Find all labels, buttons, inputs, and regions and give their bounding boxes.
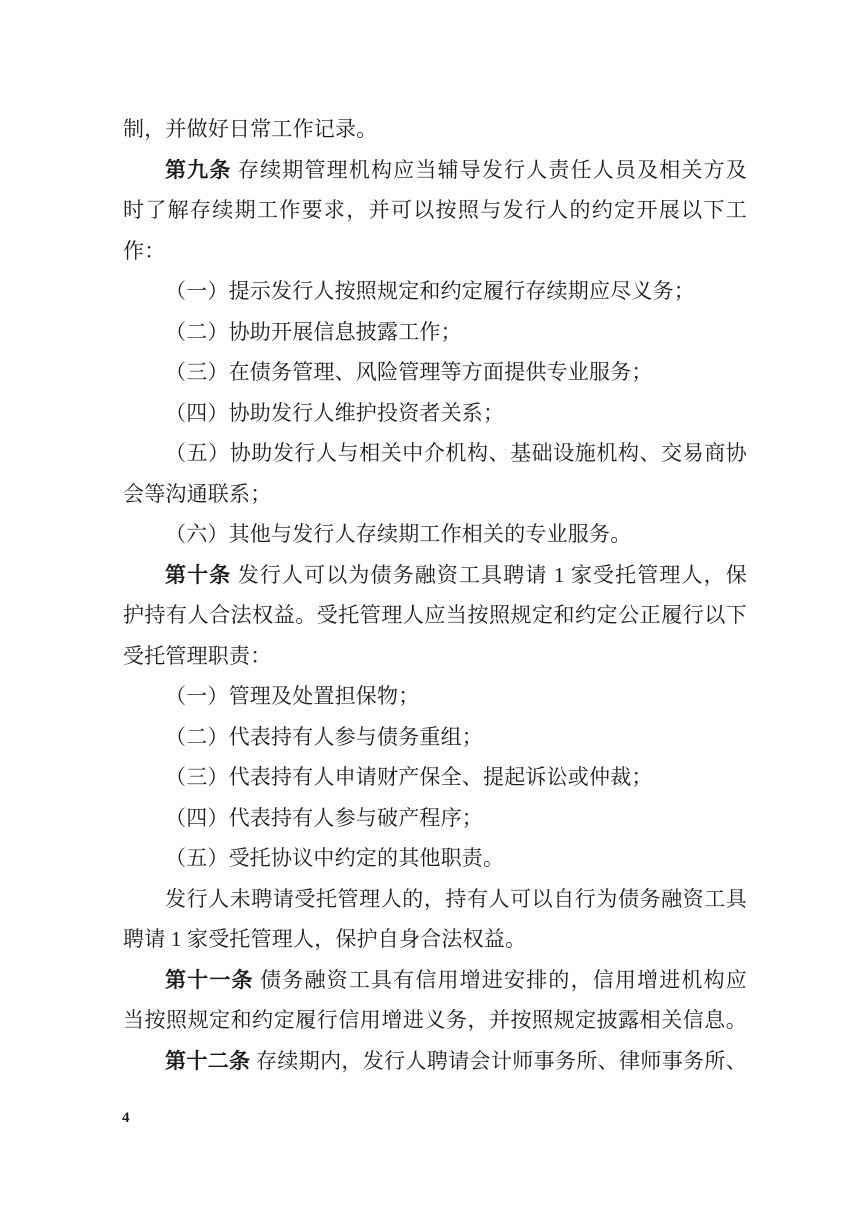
text-segment: 发行人未聘请受托管理人的，持有人可以自行为债务融资工具 bbox=[165, 887, 747, 911]
text-segment: （一）提示发行人按照规定和约定履行存续期应尽义务； bbox=[165, 279, 695, 303]
text-line-4: 作： bbox=[123, 231, 747, 272]
document-body: 制，并做好日常工作记录。第九条 存续期管理机构应当辅导发行人责任人员及相关方及时… bbox=[123, 109, 747, 1081]
article-heading: 第十条 bbox=[165, 563, 231, 587]
text-segment: （三）代表持有人申请财产保全、提起诉讼或仲裁； bbox=[165, 765, 653, 789]
text-line-8: （四）协助发行人维护投资者关系； bbox=[123, 393, 747, 434]
text-segment: 债务融资工具有信用增进安排的，信用增进机构应 bbox=[254, 968, 747, 992]
article-heading: 第十一条 bbox=[165, 968, 254, 992]
text-segment: 时了解存续期工作要求，并可以按照与发行人的约定开展以下工 bbox=[123, 198, 747, 222]
text-line-20: 发行人未聘请受托管理人的，持有人可以自行为债务融资工具 bbox=[123, 879, 747, 920]
text-line-16: （二）代表持有人参与债务重组； bbox=[123, 717, 747, 758]
text-line-19: （五）受托协议中约定的其他职责。 bbox=[123, 838, 747, 879]
text-line-11: （六）其他与发行人存续期工作相关的专业服务。 bbox=[123, 514, 747, 555]
text-line-9: （五）协助发行人与相关中介机构、基础设施机构、交易商协 bbox=[123, 433, 747, 474]
text-segment: （三）在债务管理、风险管理等方面提供专业服务； bbox=[165, 360, 653, 384]
text-line-12: 第十条 发行人可以为债务融资工具聘请 1 家受托管理人，保 bbox=[123, 555, 747, 596]
text-segment: （四）协助发行人维护投资者关系； bbox=[165, 401, 504, 425]
text-segment: （五）协助发行人与相关中介机构、基础设施机构、交易商协 bbox=[165, 441, 747, 465]
text-line-10: 会等沟通联系； bbox=[123, 474, 747, 515]
text-segment: 制，并做好日常工作记录。 bbox=[123, 117, 377, 141]
text-line-1: 制，并做好日常工作记录。 bbox=[123, 109, 747, 150]
article-heading: 第十二条 bbox=[165, 1049, 250, 1073]
text-line-5: （一）提示发行人按照规定和约定履行存续期应尽义务； bbox=[123, 271, 747, 312]
text-segment: 存续期内，发行人聘请会计师事务所、律师事务所、 bbox=[250, 1049, 747, 1073]
text-segment: 当按照规定和约定履行信用增进义务，并按照规定披露相关信息。 bbox=[123, 1008, 747, 1032]
text-line-24: 第十二条 存续期内，发行人聘请会计师事务所、律师事务所、 bbox=[123, 1041, 747, 1082]
text-line-23: 当按照规定和约定履行信用增进义务，并按照规定披露相关信息。 bbox=[123, 1000, 747, 1041]
document-page: 制，并做好日常工作记录。第九条 存续期管理机构应当辅导发行人责任人员及相关方及时… bbox=[0, 0, 860, 1216]
text-segment: （四）代表持有人参与破产程序； bbox=[165, 806, 483, 830]
text-line-13: 护持有人合法权益。受托管理人应当按照规定和约定公正履行以下 bbox=[123, 595, 747, 636]
text-segment: （二）代表持有人参与债务重组； bbox=[165, 725, 483, 749]
text-segment: （六）其他与发行人存续期工作相关的专业服务。 bbox=[165, 522, 631, 546]
text-line-6: （二）协助开展信息披露工作； bbox=[123, 312, 747, 353]
text-line-22: 第十一条 债务融资工具有信用增进安排的，信用增进机构应 bbox=[123, 960, 747, 1001]
text-segment: 发行人可以为债务融资工具聘请 1 家受托管理人，保 bbox=[231, 563, 747, 587]
text-segment: 聘请 1 家受托管理人，保护自身合法权益。 bbox=[123, 927, 526, 951]
text-line-18: （四）代表持有人参与破产程序； bbox=[123, 798, 747, 839]
article-heading: 第九条 bbox=[165, 158, 232, 182]
text-segment: 受托管理职责： bbox=[123, 644, 271, 668]
text-line-21: 聘请 1 家受托管理人，保护自身合法权益。 bbox=[123, 919, 747, 960]
text-segment: 护持有人合法权益。受托管理人应当按照规定和约定公正履行以下 bbox=[123, 603, 747, 627]
text-segment: 会等沟通联系； bbox=[123, 482, 271, 506]
text-segment: 作： bbox=[123, 239, 165, 263]
text-segment: （五）受托协议中约定的其他职责。 bbox=[165, 846, 504, 870]
text-line-17: （三）代表持有人申请财产保全、提起诉讼或仲裁； bbox=[123, 757, 747, 798]
text-line-7: （三）在债务管理、风险管理等方面提供专业服务； bbox=[123, 352, 747, 393]
page-number: 4 bbox=[122, 1108, 130, 1128]
text-line-2: 第九条 存续期管理机构应当辅导发行人责任人员及相关方及 bbox=[123, 150, 747, 191]
text-segment: 存续期管理机构应当辅导发行人责任人员及相关方及 bbox=[232, 158, 747, 182]
text-segment: （二）协助开展信息披露工作； bbox=[165, 320, 462, 344]
text-line-15: （一）管理及处置担保物； bbox=[123, 676, 747, 717]
text-line-14: 受托管理职责： bbox=[123, 636, 747, 677]
text-segment: （一）管理及处置担保物； bbox=[165, 684, 419, 708]
text-line-3: 时了解存续期工作要求，并可以按照与发行人的约定开展以下工 bbox=[123, 190, 747, 231]
